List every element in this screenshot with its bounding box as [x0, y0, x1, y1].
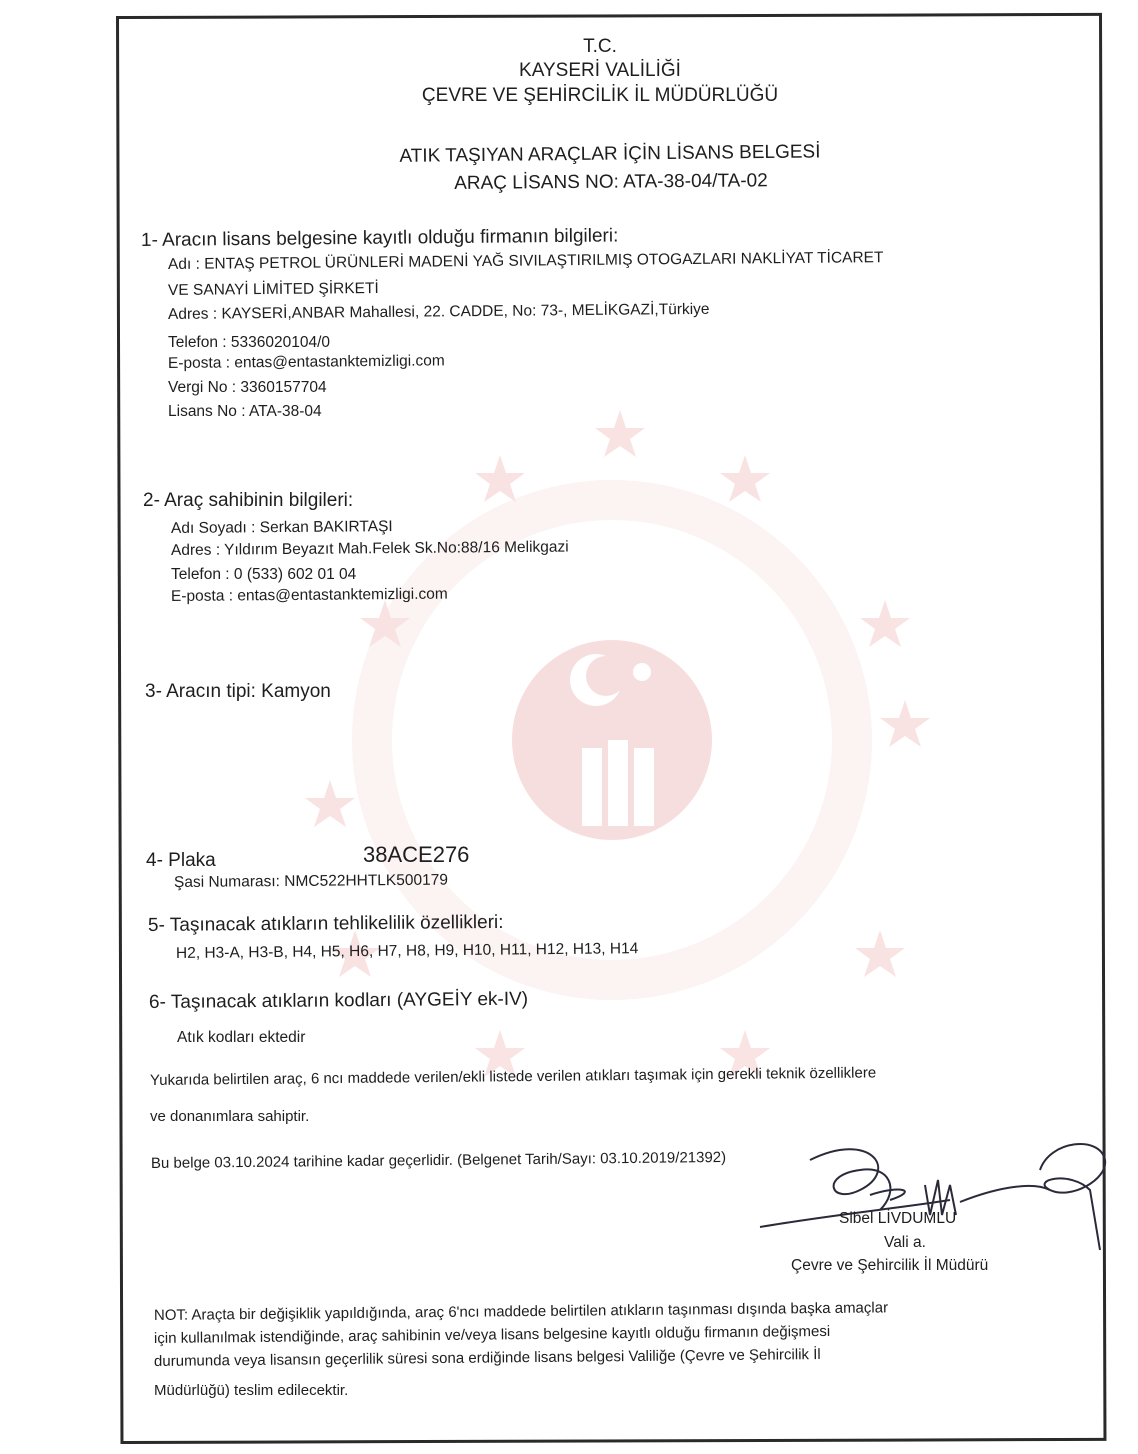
section6-heading: 6- Taşınacak atıkların kodları (AYGEİY e…: [149, 989, 528, 1014]
header-governorship: KAYSERİ VALİLİĞİ: [0, 60, 1138, 82]
company-email: E-posta : entas@entastanktemizligi.com: [168, 352, 445, 373]
signatory-title: Çevre ve Şehircilik İl Müdürü: [791, 1257, 988, 1275]
plate-number: 38ACE276: [363, 842, 469, 868]
company-tax-no: Vergi No : 3360157704: [168, 379, 327, 397]
section2-heading: 2- Araç sahibinin bilgileri:: [143, 490, 353, 512]
company-phone: Telefon : 5336020104/0: [168, 334, 330, 352]
signatory-name: Sibel LİVDUMLU: [839, 1210, 956, 1228]
owner-address: Adres : Yıldırım Beyazıt Mah.Felek Sk.No…: [171, 539, 569, 560]
owner-phone: Telefon : 0 (533) 602 01 04: [171, 566, 356, 584]
signatory-role: Vali a.: [884, 1234, 926, 1252]
section4-heading: 4- Plaka: [146, 850, 216, 872]
section5-heading: 5- Taşınacak atıkların tehlikelilik özel…: [148, 912, 504, 937]
chassis-number: Şasi Numarası: NMC522HHTLK500179: [174, 872, 448, 892]
company-name-line2: VE SANAYİ LİMİTED ŞİRKETİ: [168, 280, 379, 300]
statement-line2: ve donanımlara sahiptir.: [150, 1108, 309, 1125]
owner-email: E-posta : entas@entastanktemizligi.com: [171, 586, 448, 606]
header-tc: T.C.: [0, 36, 1138, 58]
waste-codes-note: Atık kodları ektedir: [177, 1029, 305, 1047]
vehicle-type: 3- Aracın tipi: Kamyon: [145, 681, 331, 703]
section1-heading: 1- Aracın lisans belgesine kayıtlı olduğ…: [141, 225, 619, 252]
signature-scribble: [750, 1130, 1110, 1260]
note-line4: Müdürlüğü) teslim edilecektir.: [154, 1382, 348, 1399]
owner-name: Adı Soyadı : Serkan BAKIRTAŞI: [171, 518, 393, 538]
header-directorate: ÇEVRE VE ŞEHİRCİLİK İL MÜDÜRLÜĞÜ: [0, 85, 1138, 107]
company-license-no: Lisans No : ATA-38-04: [168, 403, 322, 421]
